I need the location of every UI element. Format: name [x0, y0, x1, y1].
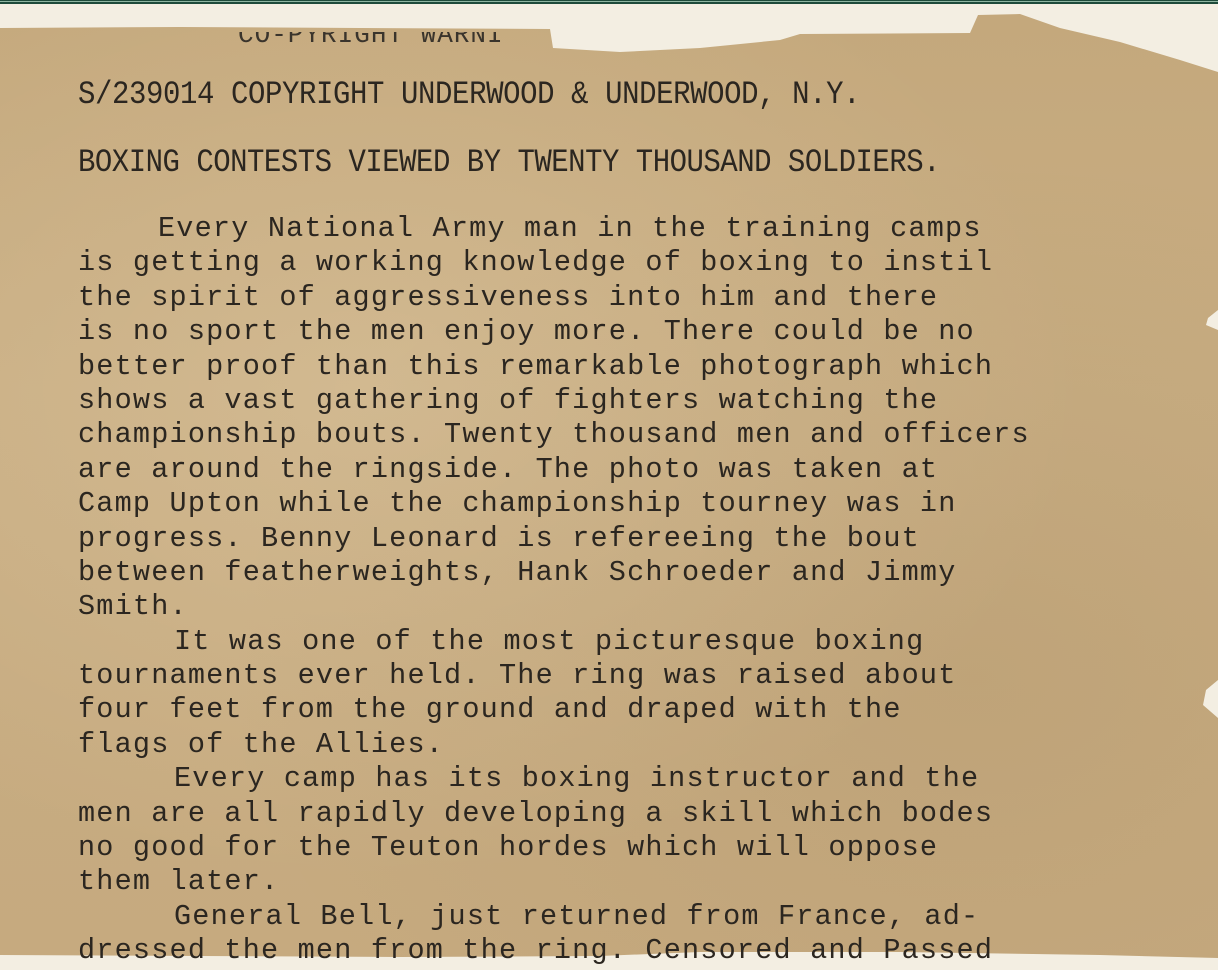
body-line: General Bell, just returned from France,… — [78, 900, 1198, 934]
body-line: dressed the men from the ring. Censored … — [78, 934, 1198, 968]
scan-background: CO-PYRIGHT WARNI S/239014 COPYRIGHT UNDE… — [0, 0, 1218, 970]
body-line: better proof than this remarkable photog… — [78, 350, 1198, 384]
body-line: shows a vast gathering of fighters watch… — [78, 384, 1198, 418]
body-line: men are all rapidly developing a skill w… — [78, 797, 1198, 831]
body-line: Camp Upton while the championship tourne… — [78, 487, 1198, 521]
body-line: progress. Benny Leonard is refereeing th… — [78, 522, 1198, 556]
body-line: Every camp has its boxing instructor and… — [78, 762, 1198, 796]
body-line: is getting a working knowledge of boxing… — [78, 246, 1198, 280]
body-line: are around the ringside. The photo was t… — [78, 453, 1198, 487]
body-text: Every National Army man in the training … — [78, 212, 1198, 969]
body-line: between featherweights, Hank Schroeder a… — [78, 556, 1198, 590]
body-line: It was one of the most picturesque boxin… — [78, 625, 1198, 659]
body-line: four feet from the ground and draped wit… — [78, 693, 1198, 727]
body-line: them later. — [78, 865, 1198, 899]
body-line: Every National Army man in the training … — [78, 212, 1198, 246]
body-line: flags of the Allies. — [78, 728, 1198, 762]
body-line: tournaments ever held. The ring was rais… — [78, 659, 1198, 693]
typewritten-caption: CO-PYRIGHT WARNI S/239014 COPYRIGHT UNDE… — [0, 0, 1218, 970]
body-line: is no sport the men enjoy more. There co… — [78, 315, 1198, 349]
reference-line: S/239014 COPYRIGHT UNDERWOOD & UNDERWOOD… — [78, 76, 860, 113]
cut-off-header-fragment: CO-PYRIGHT WARNI — [238, 20, 504, 50]
body-line: no good for the Teuton hordes which will… — [78, 831, 1198, 865]
body-line: the spirit of aggressiveness into him an… — [78, 281, 1198, 315]
body-line: Smith. — [78, 590, 1198, 624]
headline: BOXING CONTESTS VIEWED BY TWENTY THOUSAN… — [78, 144, 940, 181]
body-line: championship bouts. Twenty thousand men … — [78, 418, 1198, 452]
